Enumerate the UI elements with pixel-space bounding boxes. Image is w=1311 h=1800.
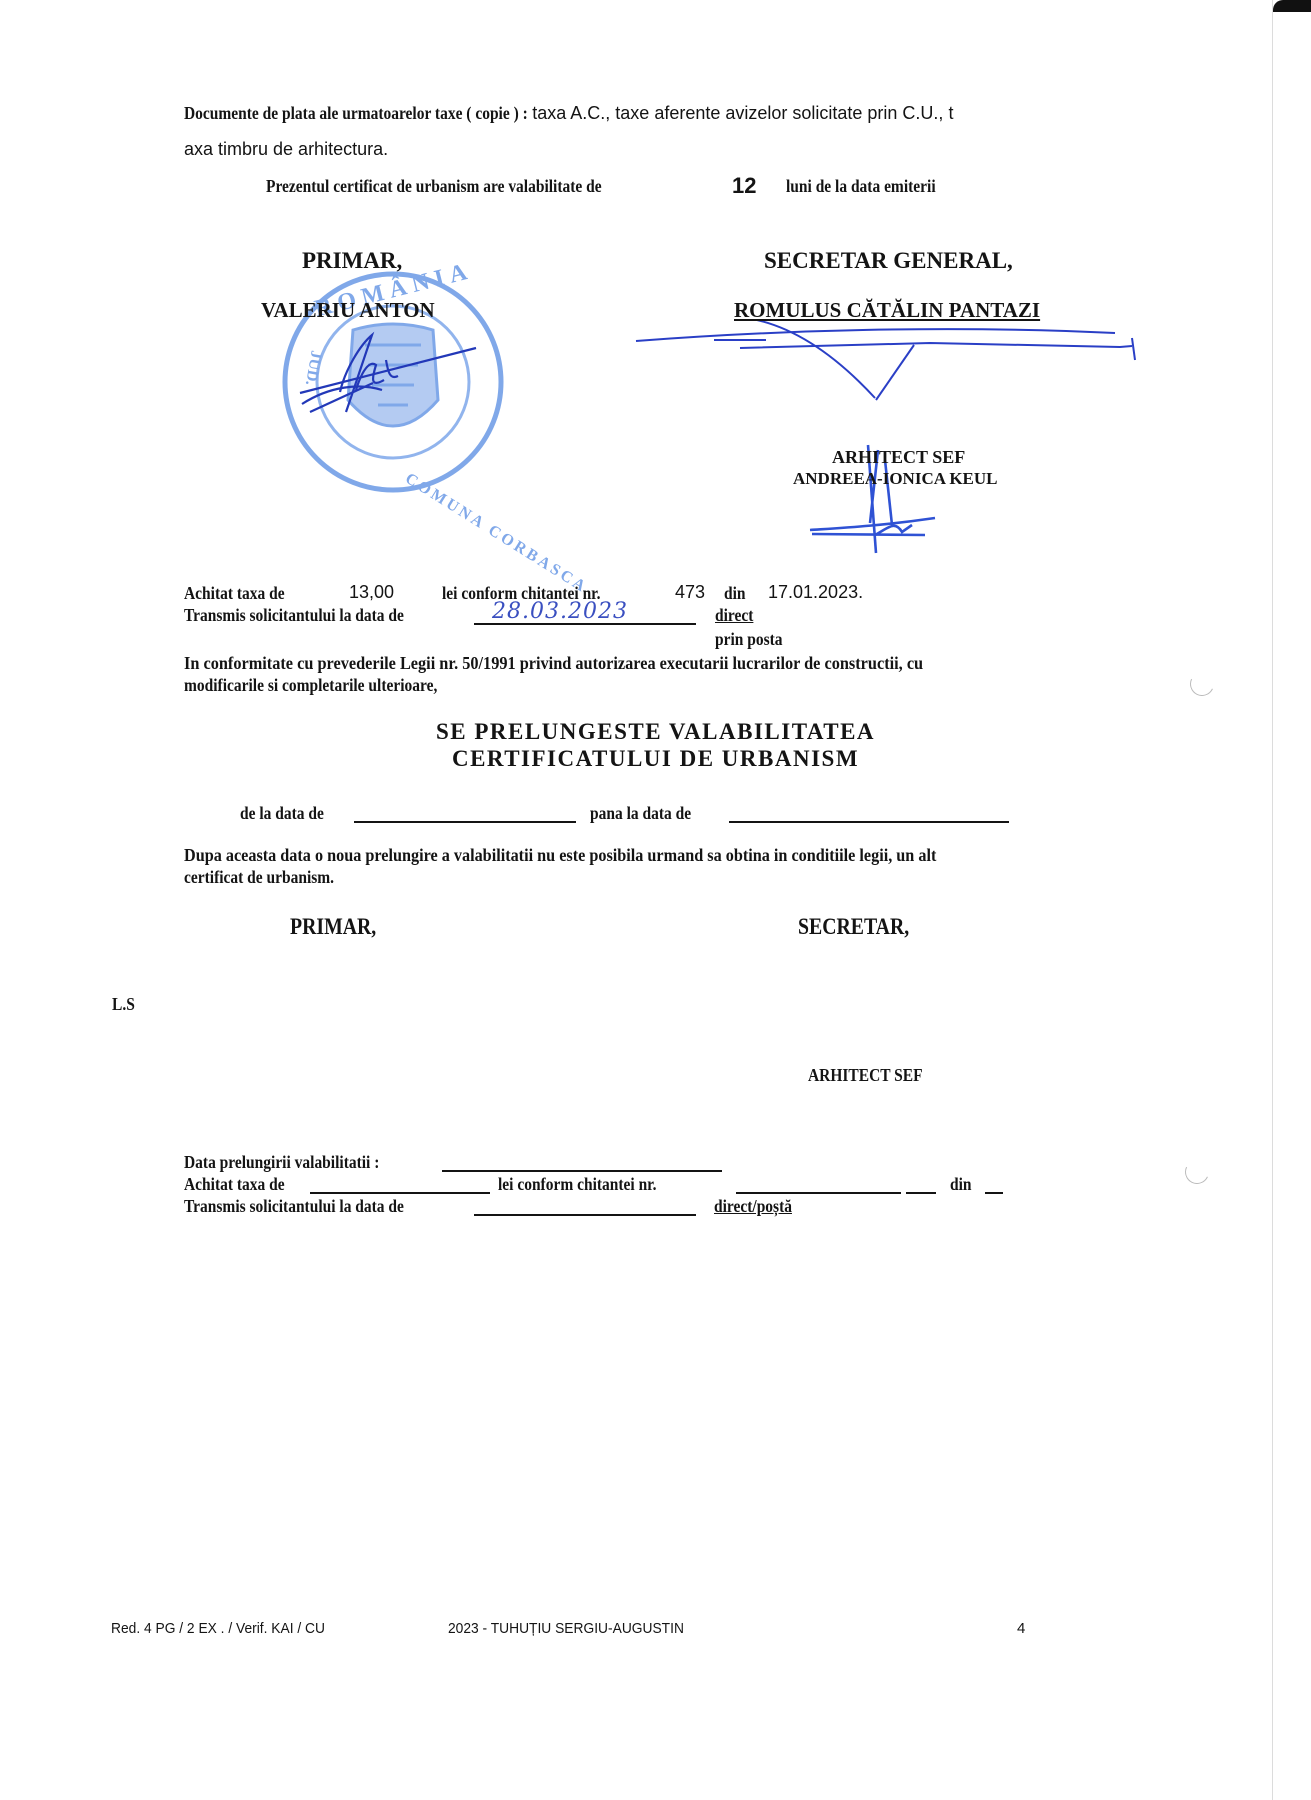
scan-artifact xyxy=(1187,669,1218,700)
extension-sent-label: Transmis solicitantului la data de xyxy=(184,1196,404,1217)
to-date-field xyxy=(729,807,1009,823)
extension-delivery: direct/poștă xyxy=(714,1196,792,1217)
intro-label: Documente de plata ale urmatoarelor taxe… xyxy=(184,103,528,124)
sent-label: Transmis solicitantului la data de xyxy=(184,605,404,626)
payment-from-label: din xyxy=(724,583,746,604)
intro-value-1: taxa A.C., taxe aferente avizelor solici… xyxy=(532,103,953,123)
payment-tax-amount: 13,00 xyxy=(349,582,394,603)
architect-name: ANDREEA-IONICA KEUL xyxy=(793,469,998,489)
validity-suffix: luni de la data emiterii xyxy=(786,176,936,197)
architect-title: ARHITECT SEF xyxy=(832,447,965,468)
payment-tax-label: Achitat taxa de xyxy=(184,583,285,604)
intro-line-1: Documente de plata ale urmatoarelor taxe… xyxy=(184,103,953,124)
extension-receipt-field-extra xyxy=(906,1178,936,1194)
from-date-field xyxy=(354,807,576,823)
after-line-2: certificat de urbanism. xyxy=(184,867,334,888)
scanner-edge xyxy=(1272,0,1311,1800)
scan-artifact xyxy=(1182,1157,1213,1188)
extension-from-label: din xyxy=(950,1174,972,1195)
secretary-signature xyxy=(636,320,1135,400)
from-label: de la data de xyxy=(240,803,324,824)
payment-receipt-number: 473 xyxy=(675,582,705,603)
sent-line: Transmis solicitantului la data de 28.03… xyxy=(184,605,984,629)
page-number: 4 xyxy=(1017,1620,1025,1637)
extension-tax-label: Achitat taxa de xyxy=(184,1174,285,1195)
delivery-post: prin posta xyxy=(715,629,783,650)
extension-mayor-title: PRIMAR, xyxy=(290,914,376,940)
extension-date-line: Data prelungirii valabilitatii : xyxy=(184,1152,1084,1176)
scanner-corner xyxy=(1273,0,1311,12)
extension-tax-field xyxy=(310,1178,490,1194)
extension-tax-line: Achitat taxa de lei conform chitantei nr… xyxy=(184,1174,1084,1198)
validity-prefix: Prezentul certificat de urbanism are val… xyxy=(266,176,602,197)
intro-value-2: axa timbru de arhitectura. xyxy=(184,139,388,160)
payment-receipt-date: 17.01.2023. xyxy=(768,582,863,603)
stamp-and-signatures: ROMÂNIA COMUNA CORBASCA JUD. xyxy=(0,0,1311,1800)
extension-secretary-title: SECRETAR, xyxy=(798,914,909,940)
svg-text:COMUNA CORBASCA: COMUNA CORBASCA xyxy=(402,470,591,597)
mayor-name: VALERIU ANTON xyxy=(261,298,435,323)
validity-months: 12 xyxy=(732,173,756,199)
delivery-direct: direct xyxy=(715,605,753,626)
after-line-1: Dupa aceasta data o noua prelungire a va… xyxy=(184,845,936,866)
secretary-title: SECRETAR GENERAL, xyxy=(764,248,1013,274)
legal-line-1: In conformitate cu prevederile Legii nr.… xyxy=(184,653,923,674)
legal-line-2: modificarile si completarile ulterioare, xyxy=(184,675,437,696)
footer-center: 2023 - TUHUȚIU SERGIU-AUGUSTIN xyxy=(448,1620,684,1637)
extension-date-field xyxy=(442,1156,722,1172)
extension-heading-1: SE PRELUNGESTE VALABILITATEA xyxy=(0,719,1311,745)
mayor-signature xyxy=(300,335,476,412)
mayor-title: PRIMAR, xyxy=(302,248,402,274)
extension-receipt-field xyxy=(736,1178,901,1194)
extension-receipt-label: lei conform chitantei nr. xyxy=(498,1174,657,1195)
to-label: pana la data de xyxy=(590,803,691,824)
extension-heading-2: CERTIFICATULUI DE URBANISM xyxy=(0,746,1311,772)
extension-sent-line: Transmis solicitantului la data de direc… xyxy=(184,1196,1084,1220)
extension-sent-field xyxy=(474,1200,696,1216)
secretary-name: ROMULUS CĂTĂLIN PANTAZI xyxy=(734,298,1040,323)
extension-period: de la data de pana la data de xyxy=(240,803,1040,827)
extension-from-field xyxy=(985,1178,1003,1194)
extension-architect-title: ARHITECT SEF xyxy=(808,1065,923,1086)
footer-left: Red. 4 PG / 2 EX . / Verif. KAI / CU xyxy=(111,1620,325,1637)
extension-date-label: Data prelungirii valabilitatii : xyxy=(184,1152,379,1173)
svg-text:JUD.: JUD. xyxy=(302,349,325,387)
validity-line: Prezentul certificat de urbanism are val… xyxy=(266,176,656,197)
seal-placeholder: L.S xyxy=(112,994,135,1015)
sent-date-handwritten: 28.03.2023 xyxy=(492,599,628,624)
